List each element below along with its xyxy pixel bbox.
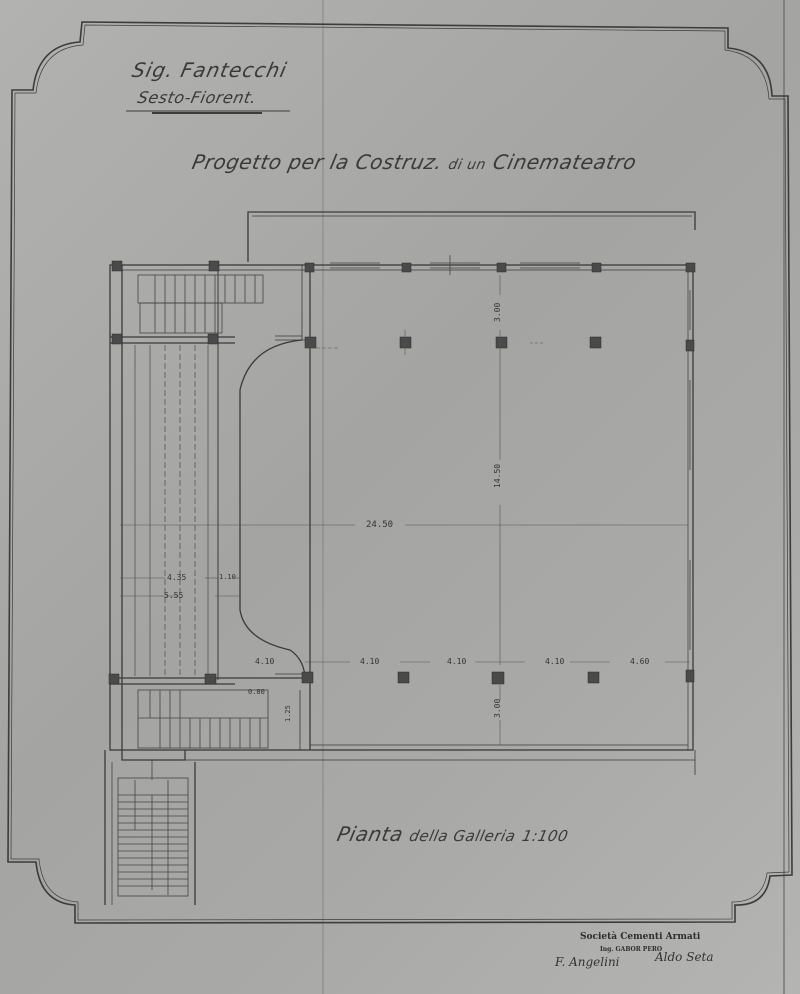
dim-bay-3: 4.10 xyxy=(447,657,466,666)
client-underline xyxy=(126,111,290,113)
upper-staircase xyxy=(138,275,263,333)
dim-bay-5: 4.60 xyxy=(630,657,649,666)
dim-landing: 1.25 xyxy=(284,705,292,722)
structural-pillars xyxy=(109,261,695,684)
drawing-caption: Pianta della Galleria 1:100 xyxy=(335,822,571,846)
caption-rest: della Galleria xyxy=(408,827,518,845)
top-windows xyxy=(330,255,690,650)
dim-bottom-offset: 3.00 xyxy=(493,699,502,718)
title-end: Cinemateatro xyxy=(491,150,639,174)
dim-stair-gap: 1.10 xyxy=(219,573,236,581)
client-location: Sesto-Fiorent. xyxy=(136,88,259,107)
caption-main: Pianta xyxy=(335,822,406,846)
dim-top-offset: 3.00 xyxy=(493,303,502,322)
dim-bay-4: 4.10 xyxy=(545,657,564,666)
dim-door-width: 0.80 xyxy=(248,688,265,696)
project-title: Progetto per la Costruz. di un Cinematea… xyxy=(190,150,639,174)
dim-bay-2: 4.10 xyxy=(360,657,379,666)
dim-stair-total: 5.55 xyxy=(164,591,183,600)
title-main: Progetto per la Costruz. xyxy=(190,150,445,174)
lower-staircase xyxy=(138,690,268,748)
exterior-staircase xyxy=(118,760,188,896)
title-connector: di un xyxy=(447,157,488,173)
building-walls xyxy=(105,212,695,905)
signature-right: Aldo Seta xyxy=(655,950,714,964)
gallery-tiers xyxy=(135,345,208,676)
dim-overall-width: 24.50 xyxy=(366,520,393,530)
company-stamp: Società Cementi Armati xyxy=(580,932,700,942)
caption-scale: 1:100 xyxy=(520,827,570,845)
client-name: Sig. Fantecchi xyxy=(130,58,290,82)
dim-bay-1: 4.10 xyxy=(255,657,274,666)
engineer-stamp: Ing. GABOR PERO xyxy=(600,946,662,953)
dim-stair-inner: 4.35 xyxy=(167,573,186,582)
signature-left: F. Angelini xyxy=(555,955,620,969)
dim-overall-depth: 14.50 xyxy=(493,464,502,488)
